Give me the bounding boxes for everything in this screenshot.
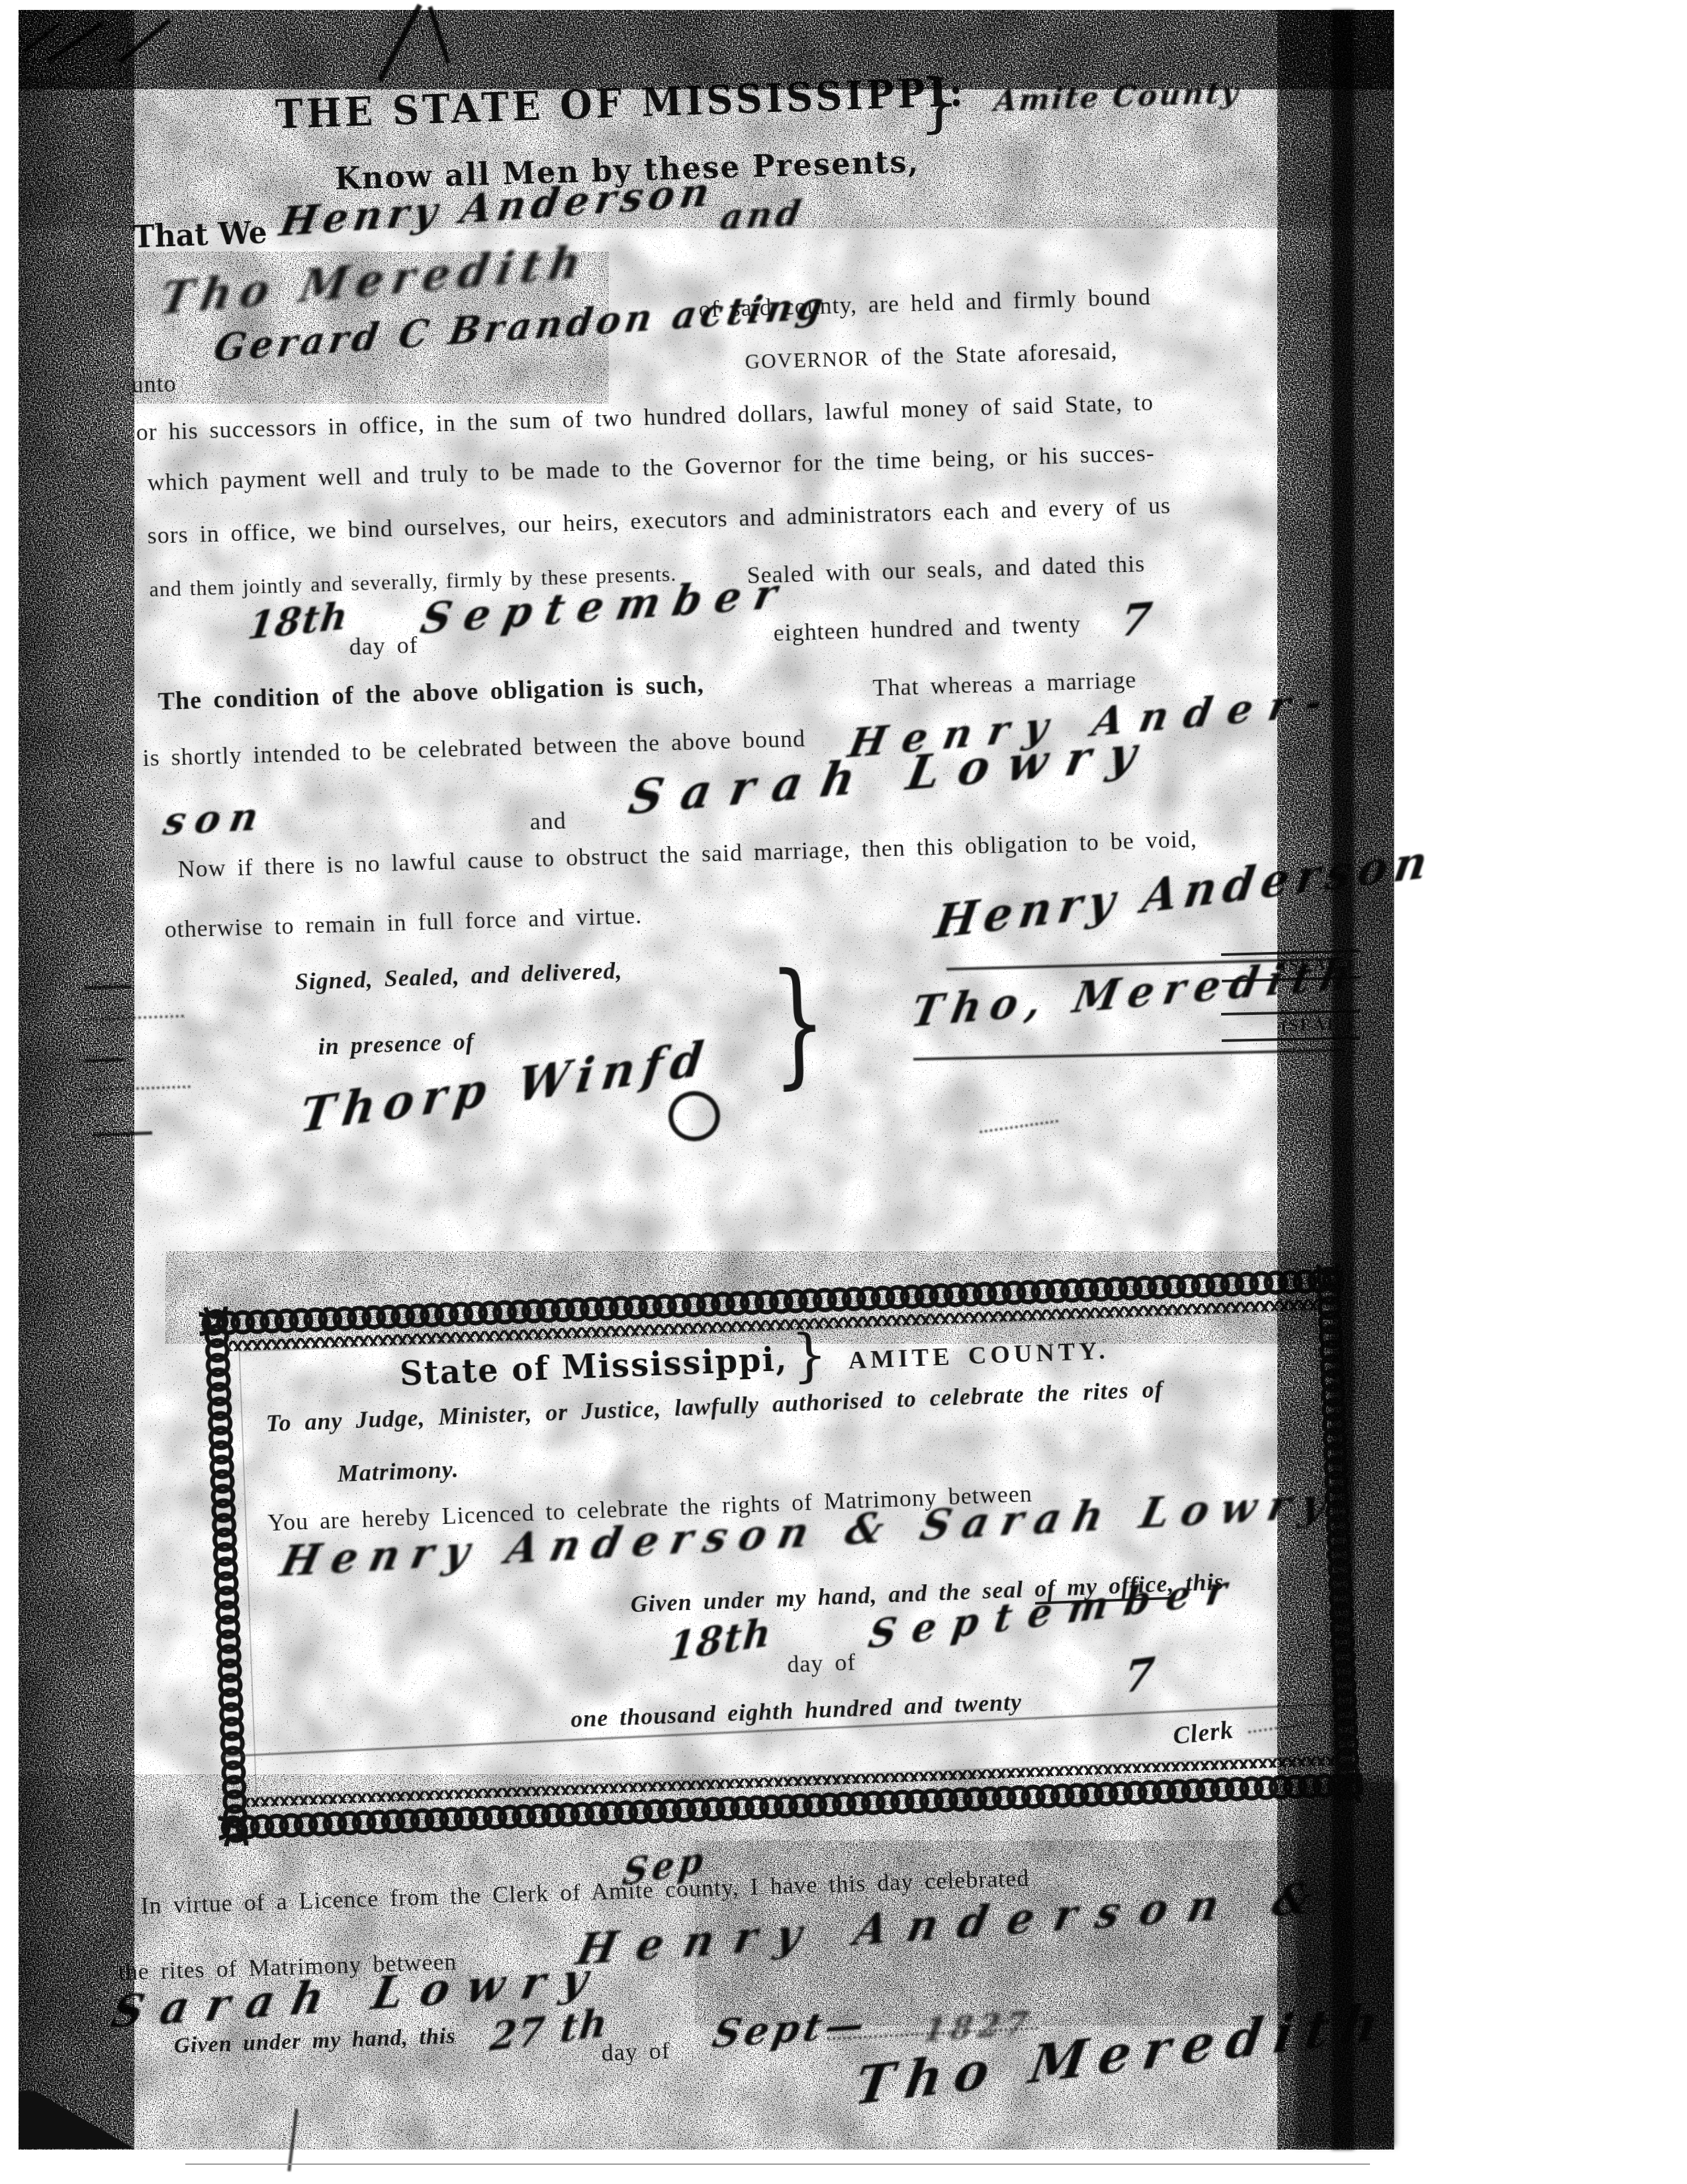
- scan-corner-artifact: [19, 2091, 134, 2149]
- license-brace: }: [790, 1322, 829, 1390]
- bond-and-printed: and: [529, 806, 567, 835]
- pen-stroke: [377, 4, 422, 83]
- bond-day-of: day of: [349, 631, 418, 661]
- left-toner-band: [19, 10, 111, 2150]
- bond-condition-rest: That whereas a marriage: [872, 665, 1137, 702]
- bond-condition-lead: The condition of the above obligation is…: [158, 670, 705, 716]
- right-toner-streak: [1332, 10, 1354, 2150]
- bond-day-handwritten: 18th: [246, 593, 352, 648]
- right-bottom-toner-blot: [1296, 1781, 1395, 2146]
- attestation-brace: }: [768, 943, 829, 1103]
- bond-governor-rest: of the State aforesaid,: [880, 337, 1118, 370]
- license-matrimony: Matrimony.: [337, 1455, 459, 1488]
- scanned-marriage-bond-page: THE STATE OF MISSISSIPPI: } Amite County…: [0, 0, 1687, 2184]
- signature-rule: [913, 1049, 1344, 1061]
- bond-in-presence: in presence of: [318, 1027, 475, 1061]
- return-signature: Tho Meredith: [850, 1990, 1394, 2118]
- license-certificate-box: State of Mississippi, } AMITE COUNTY. To…: [199, 1264, 1363, 1847]
- bond-line-sors: sors in office, we bind ourselves, our h…: [147, 491, 1171, 549]
- bond-year-printed: eighteen hundred and twenty: [773, 610, 1081, 647]
- bond-line-payment: which payment well and truly to be made …: [147, 439, 1155, 497]
- margin-dash: [85, 1058, 124, 1063]
- bond-governor-word: Governor: [745, 347, 870, 373]
- margin-dash: [93, 1131, 152, 1137]
- witness-flourish: [668, 1091, 720, 1141]
- bond-and-handwritten: and: [717, 193, 808, 238]
- license-day-of: day of: [787, 1648, 857, 1678]
- bond-signed-sealed: Signed, Sealed, and delivered,: [295, 957, 623, 996]
- header-brace: }: [919, 65, 960, 140]
- seal-box-2: (SEAL.): [1221, 1010, 1361, 1042]
- seal-label-2: (SEAL.): [1281, 1016, 1354, 1035]
- bond-line-sum: or his successors in office, in the sum …: [136, 388, 1154, 446]
- bond-line-sealed: Sealed with our seals, and dated this: [747, 549, 1146, 589]
- bond-line-force: otherwise to remain in full force and vi…: [164, 902, 643, 943]
- bond-line-lawful: Now if there is no lawful cause to obstr…: [177, 825, 1197, 883]
- margin-dash: [85, 985, 131, 990]
- margin-dash: [85, 1015, 184, 1021]
- pen-stroke: [118, 18, 171, 64]
- bond-groom-handwritten-b: son: [160, 793, 272, 844]
- return-month-handwritten: Sept—: [708, 2001, 872, 2058]
- bond-governor-line: Governor of the State aforesaid,: [745, 336, 1118, 375]
- ink-dash: [980, 1119, 1058, 1133]
- bond-year-handwritten: 7: [1117, 591, 1159, 647]
- pen-stroke: [287, 2109, 298, 2171]
- pen-stroke: [428, 6, 450, 64]
- bottom-scan-line: [185, 2163, 1370, 2165]
- right-toner-band: [1281, 10, 1394, 2150]
- header-county-script: Amite County: [993, 76, 1242, 119]
- bond-that-we: That We: [132, 215, 267, 256]
- bond-unto: unto: [131, 369, 177, 399]
- return-day-of: day of: [601, 2036, 670, 2067]
- pen-stroke: [23, 22, 62, 54]
- license-year-handwritten: 7: [1122, 1646, 1162, 1703]
- margin-dash: [85, 1085, 191, 1092]
